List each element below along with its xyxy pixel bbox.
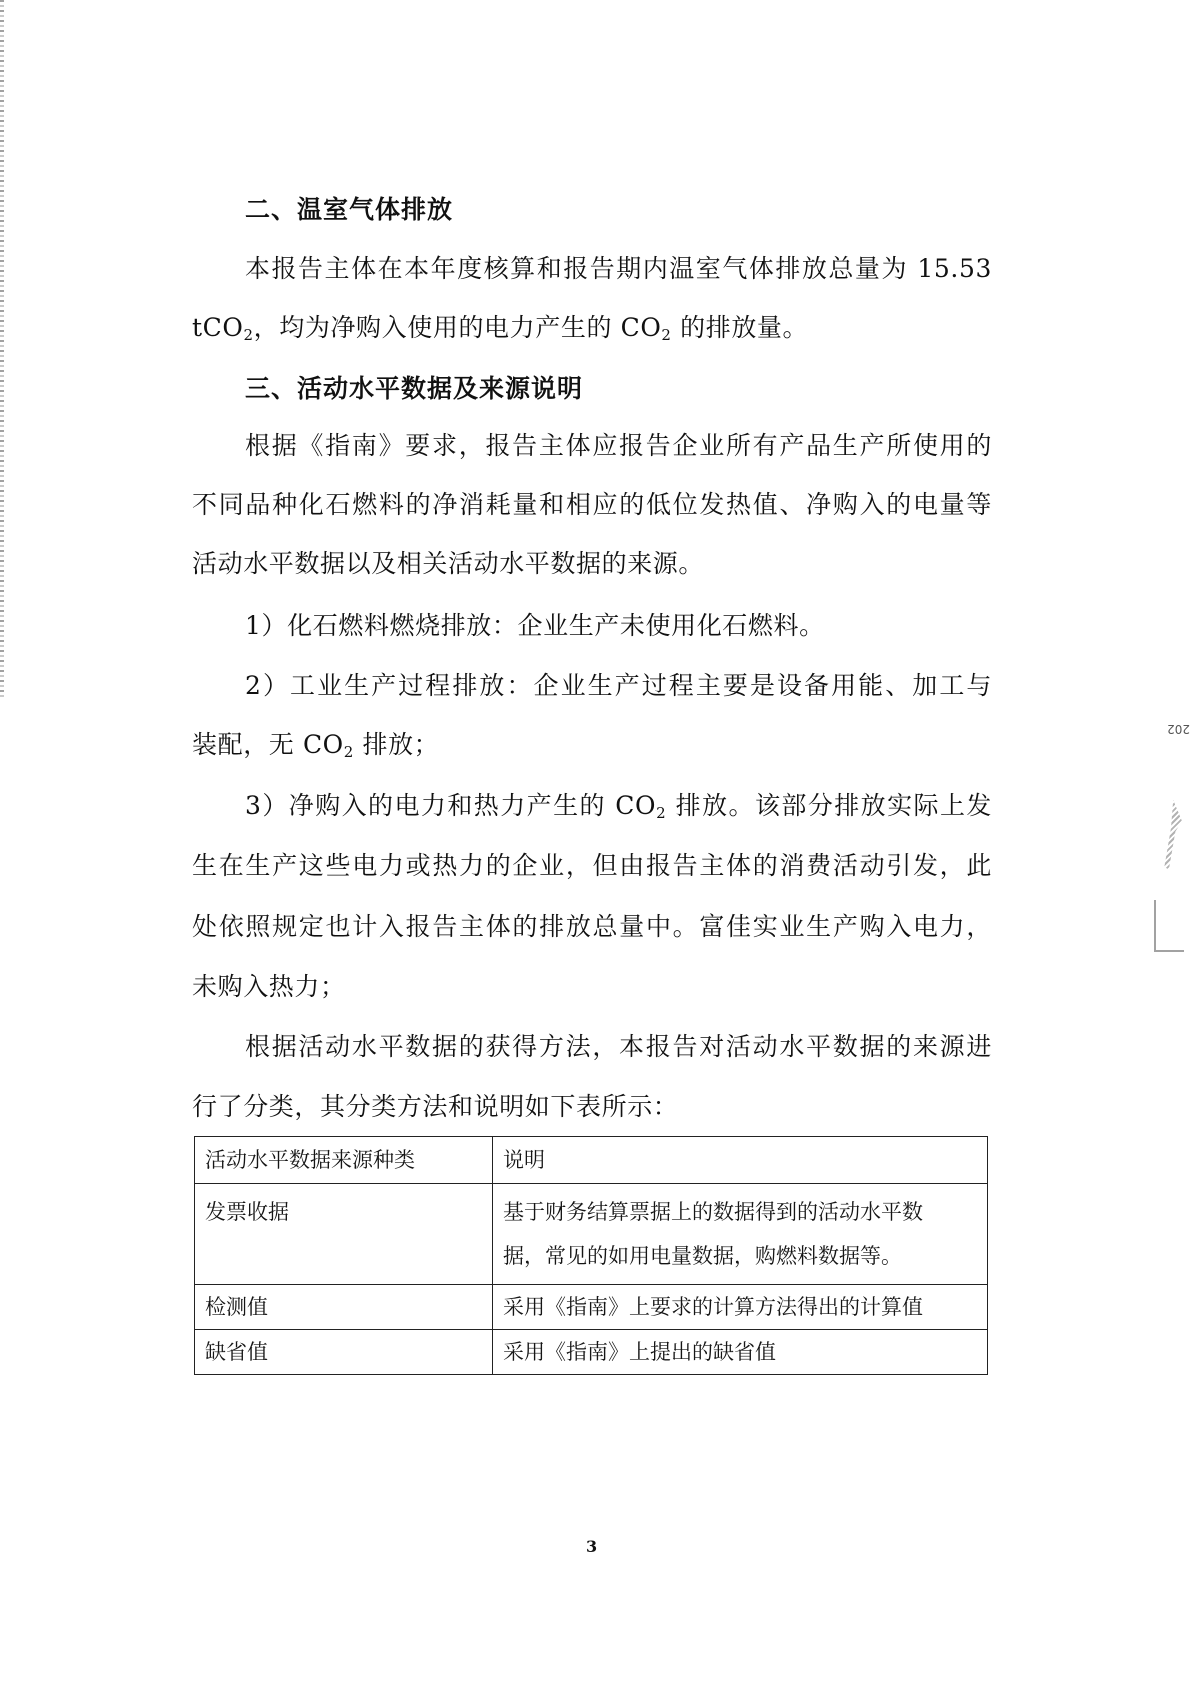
paragraph-line: 行了分类，其分类方法和说明如下表所示：: [192, 1090, 992, 1124]
signature-mark-icon: [1160, 800, 1182, 870]
table-header-cell: 说明: [493, 1137, 988, 1184]
paragraph-line: 装配，无 CO2 排放；: [192, 728, 992, 762]
page-number: 3: [586, 1537, 597, 1556]
paragraph-line: 根据《指南》要求，报告主体应报告企业所有产品生产所使用的: [245, 429, 992, 463]
table-cell-description: 采用《指南》上要求的计算方法得出的计算值: [493, 1285, 988, 1330]
paragraph-line: 生在生产这些电力或热力的企业，但由报告主体的消费活动引发，此: [192, 849, 992, 883]
seal-fragment-icon: [1154, 900, 1184, 952]
table-cell-description: 采用《指南》上提出的缺省值: [493, 1330, 988, 1375]
paragraph-line: tCO2，均为净购入使用的电力产生的 CO2 的排放量。: [192, 311, 992, 345]
seal-fragment-text: 202: [1150, 722, 1190, 736]
table-row: 发票收据 基于财务结算票据上的数据得到的活动水平数 据，常见的如用电量数据，购燃…: [195, 1184, 988, 1285]
table-cell-type: 检测值: [195, 1285, 493, 1330]
paragraph-line: 活动水平数据以及相关活动水平数据的来源。: [192, 547, 992, 581]
activity-data-source-table: 活动水平数据来源种类 说明 发票收据 基于财务结算票据上的数据得到的活动水平数 …: [194, 1136, 988, 1375]
list-item-industrial-process: 2）工业生产过程排放：企业生产过程主要是设备用能、加工与: [245, 669, 992, 703]
section-heading-emissions: 二、温室气体排放: [245, 193, 992, 227]
table-header-row: 活动水平数据来源种类 说明: [195, 1137, 988, 1184]
paragraph-line: 处依照规定也计入报告主体的排放总量中。富佳实业生产购入电力，: [192, 910, 992, 944]
paragraph-line: 未购入热力；: [192, 970, 992, 1004]
list-item-purchased-power: 3）净购入的电力和热力产生的 CO2 排放。该部分排放实际上发: [245, 789, 992, 823]
paragraph-line: 根据活动水平数据的获得方法，本报告对活动水平数据的来源进: [245, 1030, 992, 1064]
section-heading-activity-data: 三、活动水平数据及来源说明: [245, 372, 992, 406]
table-cell-type: 缺省值: [195, 1330, 493, 1375]
table-header-cell: 活动水平数据来源种类: [195, 1137, 493, 1184]
table-cell-description: 基于财务结算票据上的数据得到的活动水平数 据，常见的如用电量数据，购燃料数据等。: [493, 1184, 988, 1285]
paragraph-line: 不同品种化石燃料的净消耗量和相应的低位发热值、净购入的电量等: [192, 488, 992, 522]
cell-line: 据，常见的如用电量数据，购燃料数据等。: [503, 1234, 977, 1278]
list-item-fossil-fuel: 1）化石燃料燃烧排放：企业生产未使用化石燃料。: [245, 609, 992, 643]
table-row: 缺省值 采用《指南》上提出的缺省值: [195, 1330, 988, 1375]
document-page: 二、温室气体排放 本报告主体在本年度核算和报告期内温室气体排放总量为 15.53…: [0, 0, 1190, 1684]
cell-line: 基于财务结算票据上的数据得到的活动水平数: [503, 1190, 977, 1234]
paragraph-line: 本报告主体在本年度核算和报告期内温室气体排放总量为 15.53: [245, 252, 992, 286]
table-cell-type: 发票收据: [195, 1184, 493, 1285]
table-row: 检测值 采用《指南》上要求的计算方法得出的计算值: [195, 1285, 988, 1330]
